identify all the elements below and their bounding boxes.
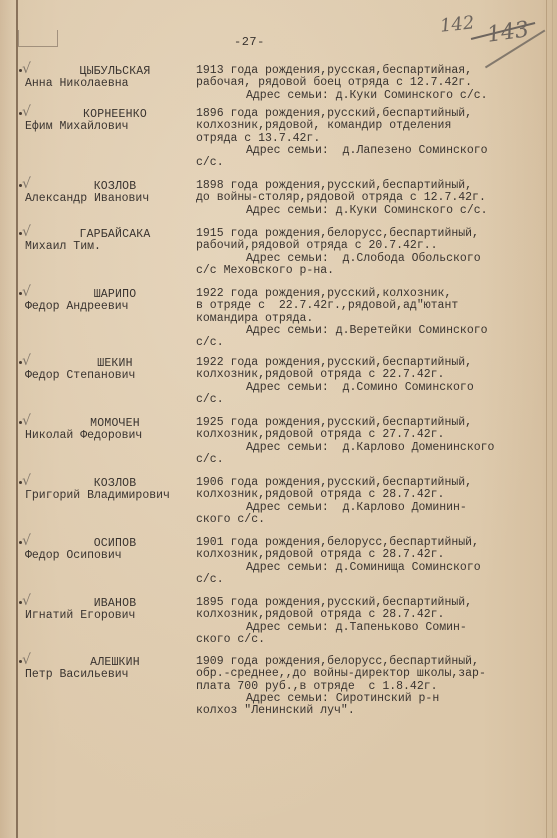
given-names: Петр Васильевич [25,668,129,681]
checkmark-icon: √ [22,413,31,429]
family-address-line: колхоз "Ленинский луч". [196,705,516,717]
family-address-line: Адрес семьи: д.Куки Соминского с/с. [196,205,516,217]
given-names: Анна Николаевна [25,77,129,90]
checkmark-icon: √ [22,353,31,369]
bio-line: колхозник,рядовой отряда с 28.7.42г. [196,489,516,501]
corner-bracket-mark [18,30,58,47]
family-address-line: с/с. [196,337,516,349]
biography: 1922 года рождения,русский,беспартийный,… [196,357,516,406]
checkmark-icon: √ [22,473,31,489]
family-address-line: с/с Меховского р-на. [196,265,516,277]
biography: 1915 года рождения,белорусс,беспартийный… [196,228,516,277]
given-names: Николай Федорович [25,429,142,442]
bio-line: колхозник,рядовой отряда с 28.7.42г. [196,609,516,621]
biography: 1898 года рождения,русский,беспартийный,… [196,180,516,217]
given-names: Федор Андреевич [25,300,129,313]
family-address-line: Адрес семьи: д.Соминища Соминского [196,562,516,574]
family-address-line: с/с. [196,157,516,169]
bio-line: обр.-среднее,,до войны-директор школы,за… [196,668,516,680]
page-number: -27- [234,35,265,49]
checkmark-icon: √ [22,104,31,120]
biography: 1906 года рождения,русский,беспартийный,… [196,477,516,526]
family-address-line: ского с/с. [196,634,516,646]
family-address-line: с/с. [196,454,516,466]
given-names: Александр Иванович [25,192,149,205]
family-address-line: Адрес семьи: д.Веретейки Соминского [196,325,516,337]
document-page: -27- 142 143 √ЦЫБУЛЬСКАЯАнна Николаевна1… [0,0,557,838]
given-names: Игнатий Егорович [25,609,135,622]
binding-edge [16,0,18,838]
given-names: Григорий Владимирович [25,489,170,502]
biography: 1913 года рождения,русская,беспартийная,… [196,65,516,102]
biography: 1901 года рождения,белорусс,беспартийный… [196,537,516,586]
page-edge [546,0,547,838]
checkmark-icon: √ [22,284,31,300]
biography: 1895 года рождения,русский,беспартийный,… [196,597,516,646]
bio-line: колхозник,рядовой, командир отделения [196,120,516,132]
family-address-line: Адрес семьи: д.Куки Соминского с/с. [196,90,516,102]
checkmark-icon: √ [22,533,31,549]
biography: 1922 года рождения,русский,колхозник,в о… [196,288,516,349]
given-names: Ефим Михайлович [25,120,129,133]
biography: 1909 года рождения,белорусс,беспартийный… [196,656,516,717]
given-names: Михаил Тим. [25,240,101,253]
family-address-line: ского с/с. [196,514,516,526]
family-address-line: с/с. [196,394,516,406]
bio-line: колхозник,рядовой отряда с 22.7.42г. [196,369,516,381]
archive-folio-number: 142 [439,12,475,36]
checkmark-icon: √ [22,652,31,668]
bio-line: колхозник,рядовой отряда с 28.7.42г. [196,549,516,561]
bio-line: рабочая, рядовой боец отряда с 12.7.42г. [196,77,516,89]
family-address-line: с/с. [196,574,516,586]
bio-line: колхозник,рядовой отряда с 27.7.42г. [196,429,516,441]
family-address-line: Адрес семьи: д.Лапезено Соминского [196,145,516,157]
bio-line: рабочий,рядовой отряда с 20.7.42г.. [196,240,516,252]
checkmark-icon: √ [22,593,31,609]
family-address-line: Адрес семьи: д.Сомино Соминского [196,382,516,394]
page-edge-outer [552,0,553,838]
given-names: Федор Осипович [25,549,122,562]
checkmark-icon: √ [22,61,31,77]
biography: 1925 года рождения,русский,беспартийный,… [196,417,516,466]
checkmark-icon: √ [22,224,31,240]
bio-line: до войны-столяр,рядовой отряда с 12.7.42… [196,192,516,204]
family-address-line: Адрес семьи: д.Карлово Доменинского [196,442,516,454]
given-names: Федор Степанович [25,369,135,382]
biography: 1896 года рождения,русский,беспартийный,… [196,108,516,169]
bio-line: в отряде с 22.7.42г.,рядовой,ад"ютант [196,300,516,312]
checkmark-icon: √ [22,176,31,192]
